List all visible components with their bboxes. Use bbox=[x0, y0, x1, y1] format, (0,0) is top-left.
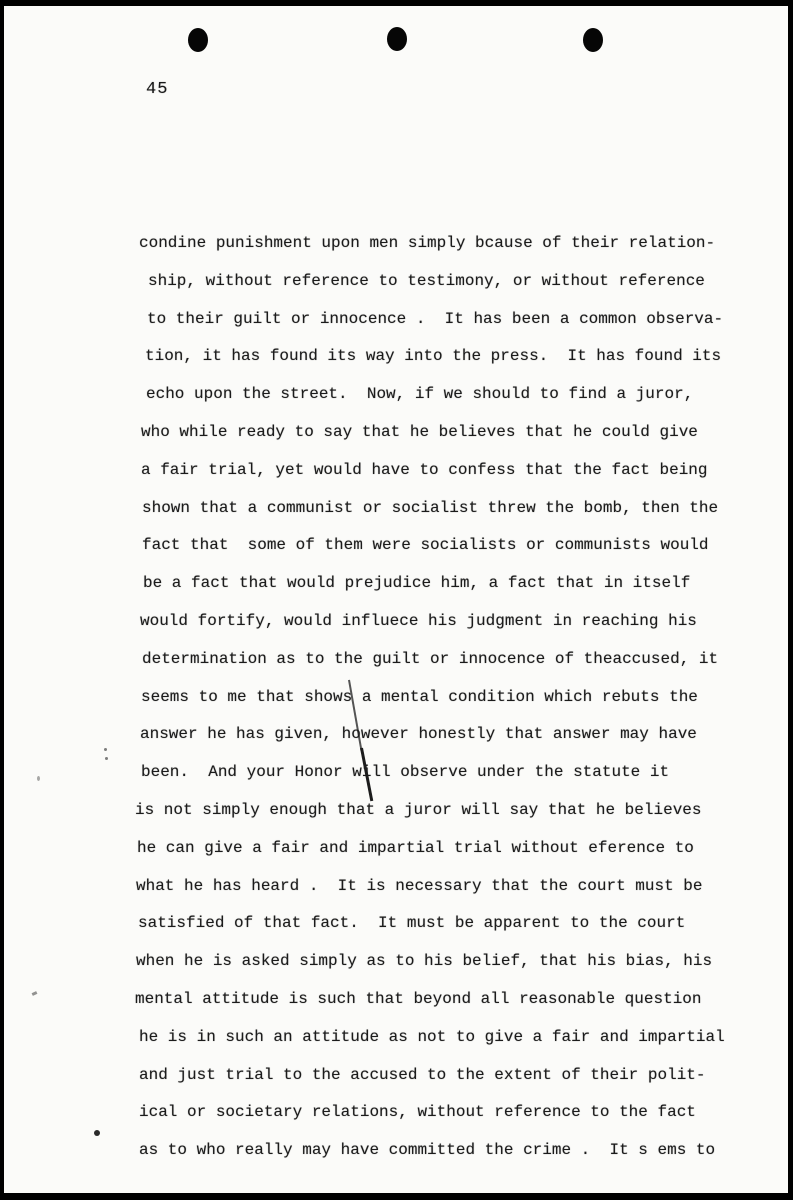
text-line: shown that a communist or socialist thre… bbox=[135, 498, 775, 536]
text-line: fact that some of them were socialists o… bbox=[135, 535, 775, 573]
punch-hole-icon bbox=[188, 28, 208, 52]
scan-speck bbox=[37, 776, 40, 781]
scan-speck bbox=[32, 991, 38, 996]
text-line: he is in such an attitude as not to give… bbox=[135, 1027, 775, 1065]
text-line: mental attitude is such that beyond all … bbox=[135, 989, 775, 1027]
text-line: ical or societary relations, without ref… bbox=[135, 1102, 775, 1140]
text-line: to their guilt or innocence . It has bee… bbox=[135, 309, 775, 347]
text-line: as to who really may have committed the … bbox=[135, 1140, 775, 1178]
punch-hole-icon bbox=[583, 28, 603, 52]
text-line: is not simply enough that a juror will s… bbox=[135, 800, 775, 838]
text-line: who while ready to say that he believes … bbox=[135, 422, 775, 460]
text-line: and just trial to the accused to the ext… bbox=[135, 1065, 775, 1103]
text-line: satisfied of that fact. It must be appar… bbox=[135, 913, 775, 951]
text-line: ship, without reference to testimony, or… bbox=[135, 271, 775, 309]
scan-speck bbox=[104, 748, 107, 751]
text-line: condine punishment upon men simply bcaus… bbox=[135, 233, 775, 271]
page-number: 45 bbox=[146, 80, 168, 99]
text-line: seems to me that shows a mental conditio… bbox=[135, 687, 775, 725]
text-line: would fortify, would influece his judgme… bbox=[135, 611, 775, 649]
scan-speck bbox=[105, 757, 108, 760]
paper: 45 condine punishment upon men simply bc… bbox=[4, 6, 788, 1193]
scan-speck bbox=[94, 1130, 100, 1136]
text-line: determination as to the guilt or innocen… bbox=[135, 649, 775, 687]
scanned-page: 45 condine punishment upon men simply bc… bbox=[0, 0, 793, 1200]
text-line: he can give a fair and impartial trial w… bbox=[135, 838, 775, 876]
text-line: echo upon the street. Now, if we should … bbox=[135, 384, 775, 422]
text-line: a fair trial, yet would have to confess … bbox=[135, 460, 775, 498]
text-line: when he is asked simply as to his belief… bbox=[135, 951, 775, 989]
punch-hole-icon bbox=[387, 27, 407, 51]
text-line: tion, it has found its way into the pres… bbox=[135, 346, 775, 384]
text-line: be a fact that would prejudice him, a fa… bbox=[135, 573, 775, 611]
text-line: answer he has given, however honestly th… bbox=[135, 724, 775, 762]
text-line: what he has heard . It is necessary that… bbox=[135, 876, 775, 914]
document-text: condine punishment upon men simply bcaus… bbox=[135, 233, 775, 1178]
text-line: been. And your Honor will observe under … bbox=[135, 762, 775, 800]
